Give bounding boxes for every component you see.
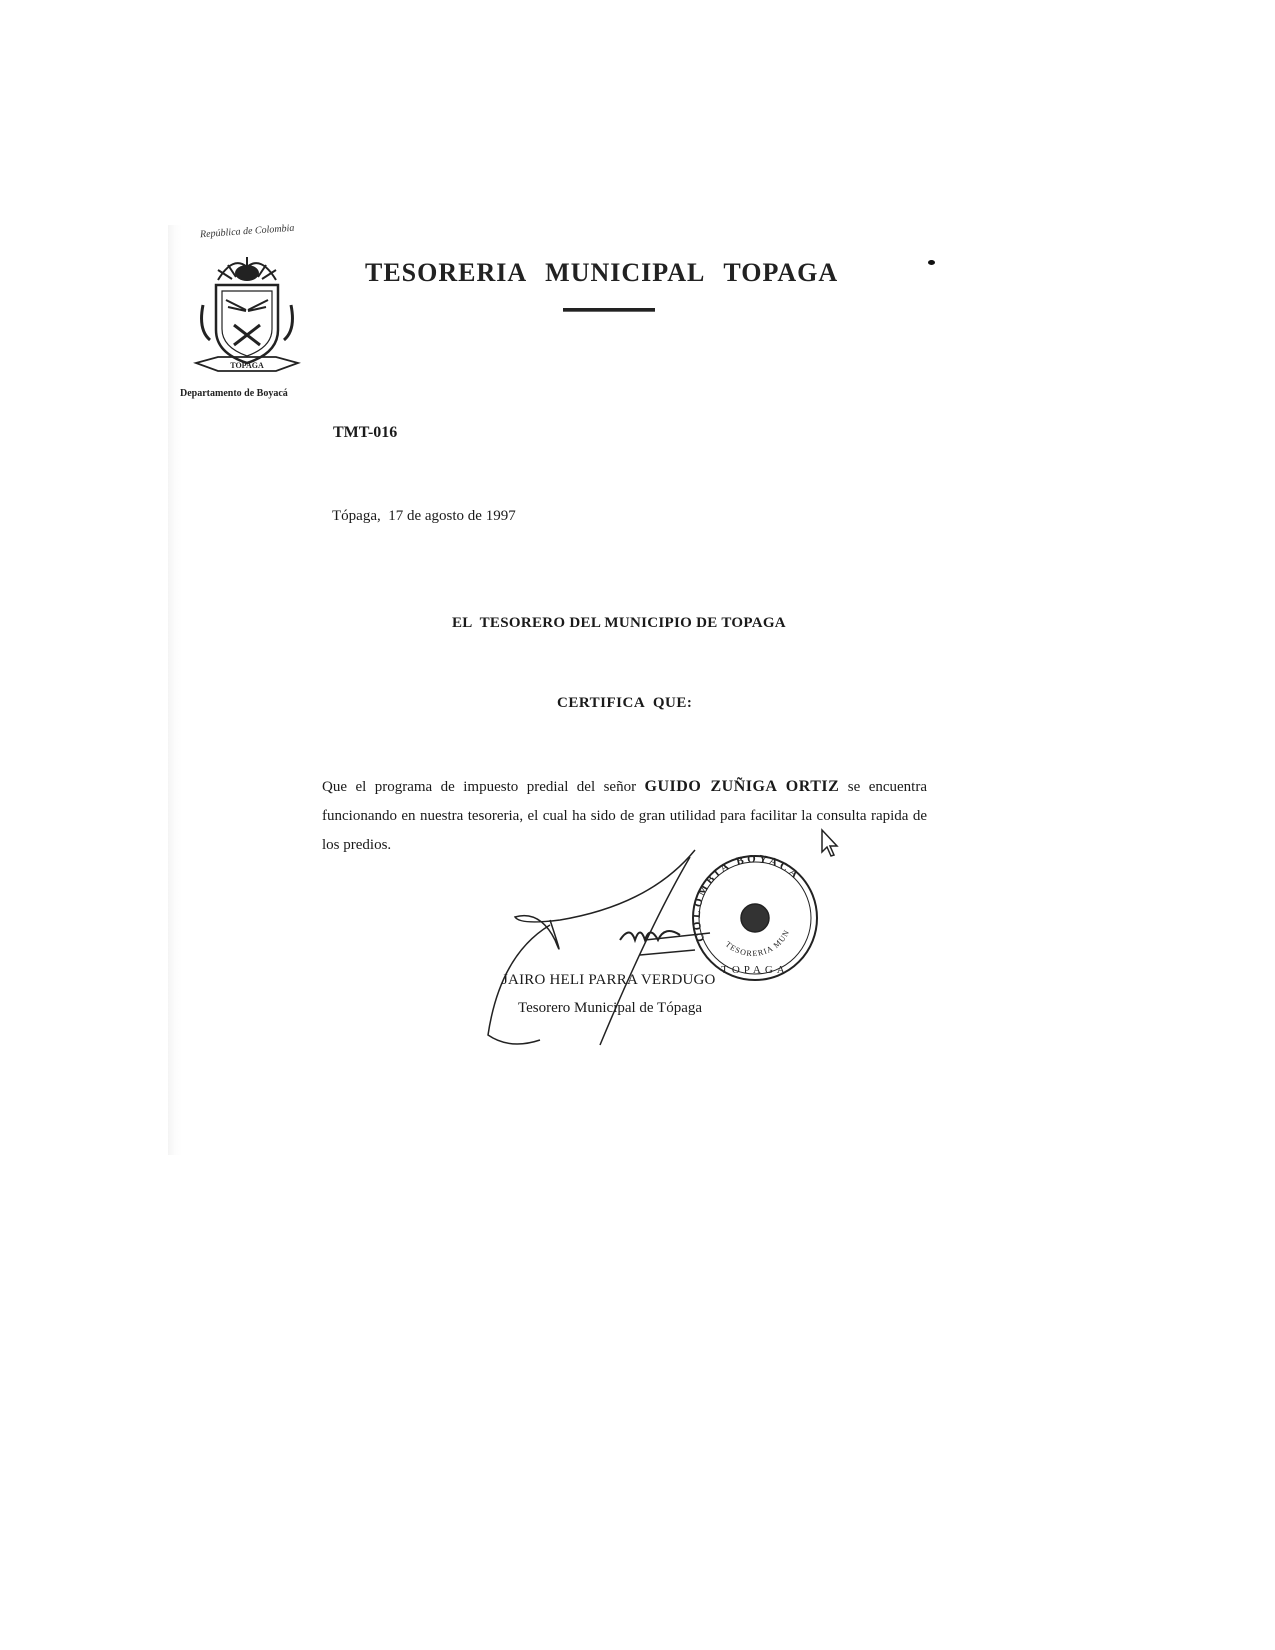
signer-title: Tesorero Municipal de Tópaga	[518, 1000, 702, 1017]
certifies-heading: CERTIFICA QUE:	[557, 695, 692, 712]
crest-caption-top: República de Colombia	[200, 223, 295, 241]
letterhead-title: TESORERIAMUNICIPALTOPAGA	[365, 258, 856, 288]
title-word: TESORERIA	[365, 258, 527, 287]
issuer-heading: EL TESORERO DEL MUNICIPIO DE TOPAGA	[452, 615, 786, 632]
signer-name: JAIRO HELI PARRA VERDUGO	[502, 972, 716, 989]
beneficiary-name: GUIDO ZUÑIGA ORTIZ	[645, 778, 840, 795]
scan-edge-shadow	[168, 225, 182, 1155]
body-text-before: Que el programa de impuesto predial del …	[322, 779, 645, 795]
coat-of-arms-icon: TOPAGA	[188, 245, 306, 380]
scan-speck	[928, 260, 935, 265]
signature-and-stamp: COLOMBIA BOYACA TESORERIA MUNICIPAL TOPA…	[480, 845, 840, 1050]
stamp-bottom-text: TOPAGA	[721, 964, 788, 976]
date-line: Tópaga, 17 de agosto de 1997	[332, 508, 516, 525]
title-word: MUNICIPAL	[545, 258, 705, 287]
title-word: TOPAGA	[723, 258, 838, 287]
mouse-pointer-icon	[820, 828, 840, 858]
reference-number: TMT-016	[333, 424, 397, 442]
title-underline	[563, 308, 655, 312]
crest-caption-bottom: Departamento de Boyacá	[180, 388, 288, 399]
crest-banner-text: TOPAGA	[230, 361, 264, 370]
